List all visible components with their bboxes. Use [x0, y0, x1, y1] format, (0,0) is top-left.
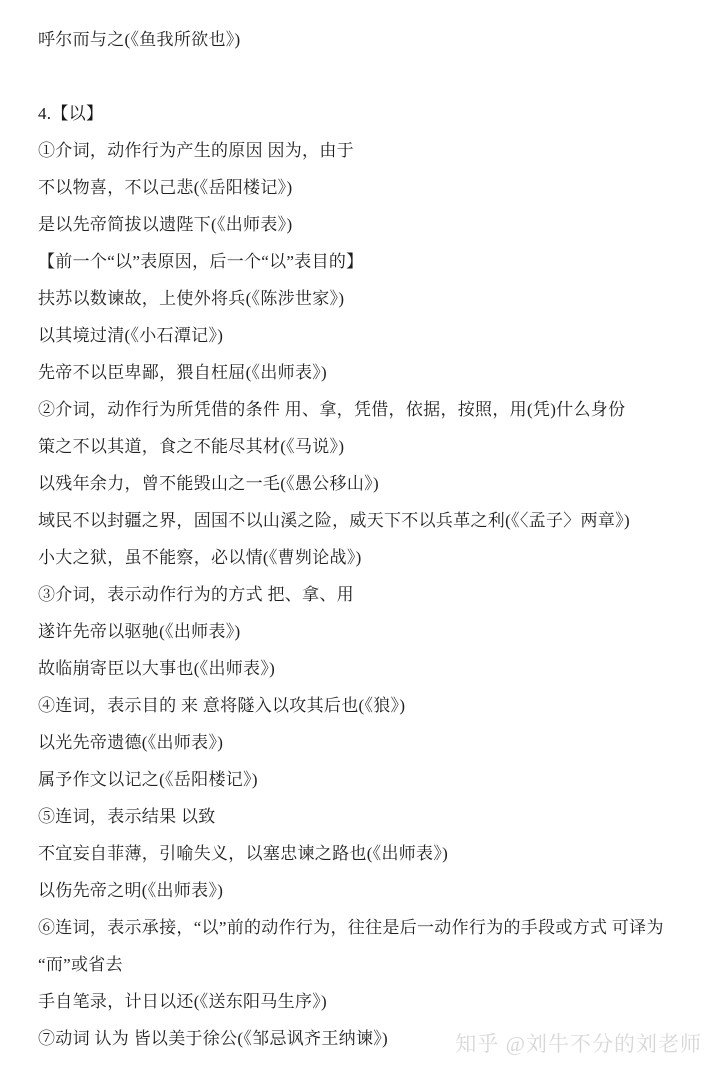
zhihu-watermark: 知乎 @刘牛不分的刘老师 — [455, 1028, 702, 1058]
text-line: 手自笔录，计日以还(《送东阳马生序》) — [38, 992, 700, 1029]
document-body: 呼尔而与之(《鱼我所欲也》) 4.【以】 ①介词，动作行为产生的原因 因为，由于… — [38, 30, 700, 1066]
text-line: 【前一个“以”表原因，后一个“以”表目的】 — [38, 252, 700, 289]
text-line: 域民不以封疆之界，固国不以山溪之险，威天下不以兵革之利(《〈孟子〉两章》) — [38, 511, 700, 548]
text-line: 不宜妄自菲薄，引喻失义，以塞忠谏之路也(《出师表》) — [38, 844, 700, 881]
text-line: 以其境过清(《小石潭记》) — [38, 326, 700, 363]
text-line: 小大之狱，虽不能察，必以情(《曹刿论战》) — [38, 548, 700, 585]
section-heading: 4.【以】 — [38, 104, 700, 141]
text-line: ⑥连词，表示承接，“以”前的动作行为，往往是后一动作行为的手段或方式 可译为 — [38, 918, 700, 955]
text-line: 呼尔而与之(《鱼我所欲也》) — [38, 30, 700, 67]
blank-line — [38, 67, 700, 104]
text-line: 不以物喜，不以己悲(《岳阳楼记》) — [38, 178, 700, 215]
text-line: 先帝不以臣卑鄙，猥自枉屈(《出师表》) — [38, 363, 700, 400]
document-page: 呼尔而与之(《鱼我所欲也》) 4.【以】 ①介词，动作行为产生的原因 因为，由于… — [0, 0, 720, 1072]
text-line: 策之不以其道，食之不能尽其材(《马说》) — [38, 437, 700, 474]
text-line: 属予作文以记之(《岳阳楼记》) — [38, 770, 700, 807]
text-line: “而”或省去 — [38, 955, 700, 992]
text-line: 以残年余力，曾不能毁山之一毛(《愚公移山》) — [38, 474, 700, 511]
text-line: ①介词，动作行为产生的原因 因为，由于 — [38, 141, 700, 178]
text-line: 扶苏以数谏故，上使外将兵(《陈涉世家》) — [38, 289, 700, 326]
text-line: 以光先帝遗德(《出师表》) — [38, 733, 700, 770]
text-line: ⑤连词，表示结果 以致 — [38, 807, 700, 844]
text-line: 以伤先帝之明(《出师表》) — [38, 881, 700, 918]
text-line: ④连词，表示目的 来 意将隧入以攻其后也(《狼》) — [38, 696, 700, 733]
text-line: 故临崩寄臣以大事也(《出师表》) — [38, 659, 700, 696]
text-line: 是以先帝简拔以遗陛下(《出师表》) — [38, 215, 700, 252]
text-line: ③介词，表示动作行为的方式 把、拿、用 — [38, 585, 700, 622]
text-line: 遂许先帝以驱驰(《出师表》) — [38, 622, 700, 659]
text-line: ②介词，动作行为所凭借的条件 用、拿，凭借，依据，按照，用(凭)什么身份 — [38, 400, 700, 437]
